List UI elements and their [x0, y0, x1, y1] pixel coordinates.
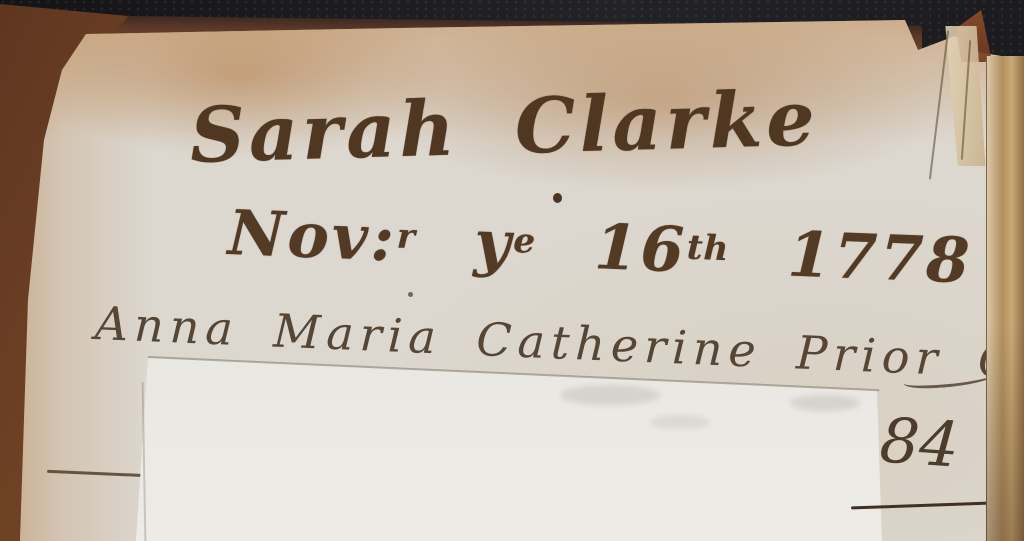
date-month-superscript: r	[396, 217, 416, 258]
date-year-text: 1778	[786, 218, 973, 298]
date-article-text: y	[473, 205, 515, 279]
date-year: 1778	[786, 218, 973, 298]
slip-show-through-smudge	[560, 385, 660, 405]
photo-stage: Sarah Clarke Nov:r ye 16th 1778 Anna Mar…	[0, 0, 1024, 541]
inscription-owner-name: Sarah Clarke	[189, 80, 820, 174]
date-day: 16th	[593, 210, 731, 288]
page-edge-right-band	[986, 56, 1024, 541]
date-day-superscript: th	[686, 228, 730, 270]
slip-show-through-smudge	[790, 395, 860, 411]
date-article-superscript: e	[513, 221, 537, 262]
date-month: Nov:r	[227, 196, 418, 276]
ink-dot	[408, 292, 413, 297]
ink-dot	[553, 193, 562, 203]
date-day-text: 16	[593, 210, 688, 286]
slip-show-through-smudge	[650, 415, 710, 429]
date-month-text: Nov:	[227, 196, 399, 275]
date-article: ye	[473, 205, 537, 280]
inscription-partial-year: 84	[878, 409, 961, 476]
